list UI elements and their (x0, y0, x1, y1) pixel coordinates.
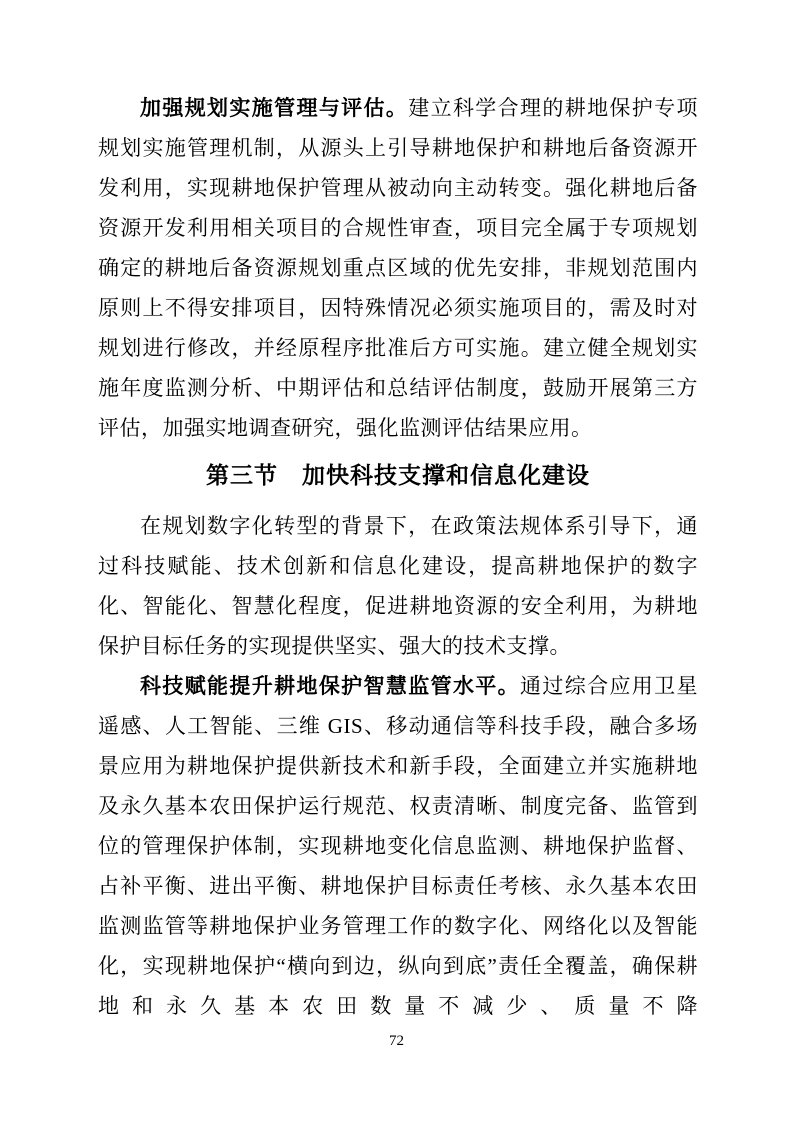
paragraph-2: 在规划数字化转型的背景下，在政策法规体系引导下，通过科技赋能、技术创新和信息化建… (98, 506, 698, 666)
paragraph-3: 科技赋能提升耕地保护智慧监管水平。通过综合应用卫星遥感、人工智能、三维 GIS、… (98, 666, 698, 1026)
paragraph-3-text: 通过综合应用卫星遥感、人工智能、三维 GIS、移动通信等科技手段，融合多场景应用… (98, 674, 698, 1018)
section-heading: 第三节 加快科技支撑和信息化建设 (98, 458, 698, 492)
page-footer: 72 (0, 1032, 793, 1050)
paragraph-1-lead: 加强规划实施管理与评估。 (140, 96, 408, 120)
document-page: 加强规划实施管理与评估。建立科学合理的耕地保护专项规划实施管理机制，从源头上引导… (0, 0, 793, 1122)
document-body: 加强规划实施管理与评估。建立科学合理的耕地保护专项规划实施管理机制，从源头上引导… (98, 88, 698, 1026)
paragraph-1: 加强规划实施管理与评估。建立科学合理的耕地保护专项规划实施管理机制，从源头上引导… (98, 88, 698, 448)
paragraph-3-lead: 科技赋能提升耕地保护智慧监管水平。 (140, 674, 520, 698)
paragraph-1-text: 建立科学合理的耕地保护专项规划实施管理机制，从源头上引导耕地保护和耕地后备资源开… (98, 96, 698, 440)
page-number: 72 (389, 1033, 404, 1049)
